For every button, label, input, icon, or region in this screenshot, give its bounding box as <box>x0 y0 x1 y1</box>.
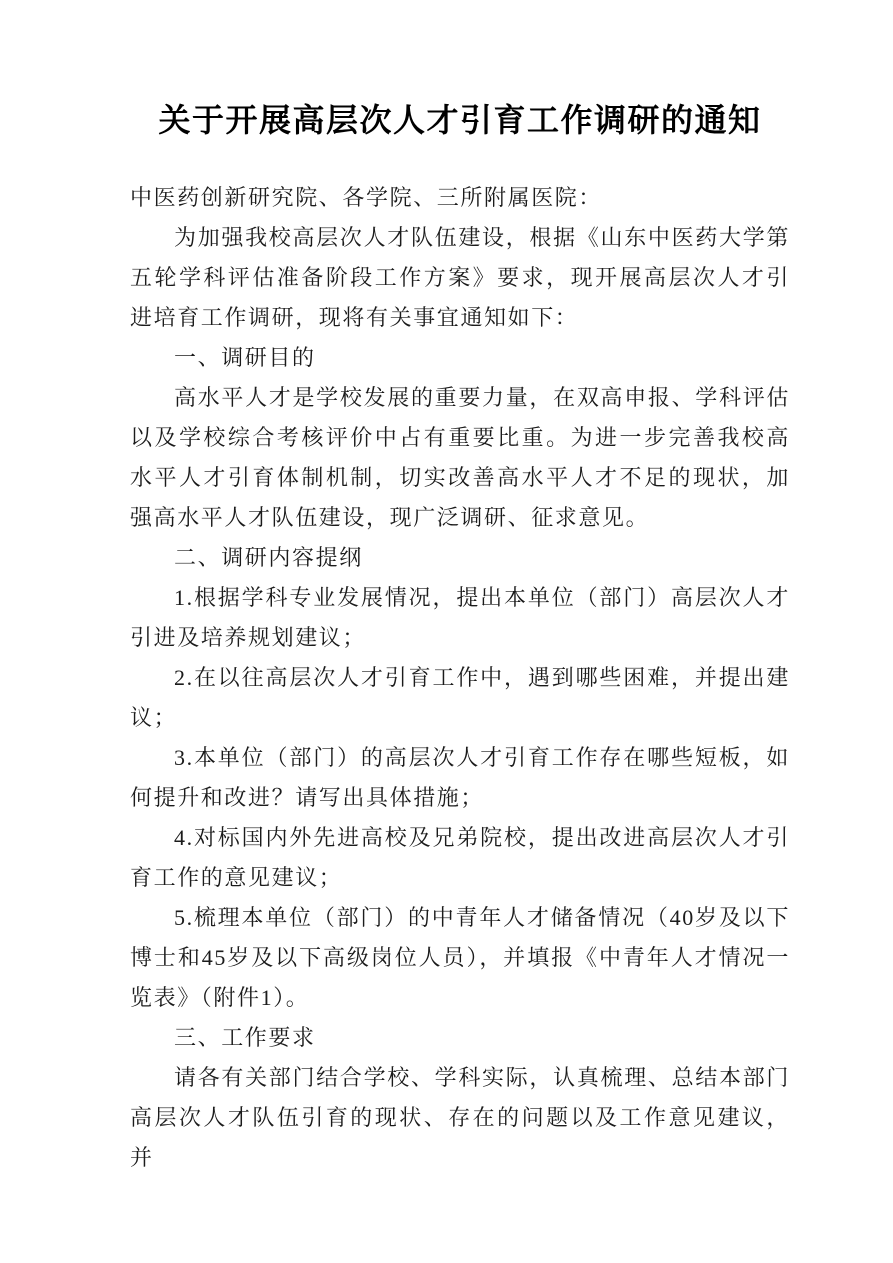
list-item-1: 1.根据学科专业发展情况，提出本单位（部门）高层次人才引进及培养规划建议； <box>130 578 790 658</box>
paragraph-purpose: 高水平人才是学校发展的重要力量，在双高申报、学科评估以及学校综合考核评价中占有重… <box>130 378 790 538</box>
list-item-3: 3.本单位（部门）的高层次人才引育工作存在哪些短板，如何提升和改进？请写出具体措… <box>130 738 790 818</box>
list-item-4: 4.对标国内外先进高校及兄弟院校，提出改进高层次人才引育工作的意见建议； <box>130 818 790 898</box>
document-page: 关于开展高层次人才引育工作调研的通知 中医药创新研究院、各学院、三所附属医院： … <box>0 0 893 1263</box>
document-content: 关于开展高层次人才引育工作调研的通知 中医药创新研究院、各学院、三所附属医院： … <box>130 96 790 1178</box>
list-item-5: 5.梳理本单位（部门）的中青年人才储备情况（40岁及以下博士和45岁及以下高级岗… <box>130 898 790 1018</box>
document-title: 关于开展高层次人才引育工作调研的通知 <box>130 96 790 144</box>
section-heading-2: 二、调研内容提纲 <box>130 538 790 578</box>
list-item-2: 2.在以往高层次人才引育工作中，遇到哪些困难，并提出建议； <box>130 658 790 738</box>
section-heading-3: 三、工作要求 <box>130 1018 790 1058</box>
section-heading-1: 一、调研目的 <box>130 338 790 378</box>
paragraph-requirements: 请各有关部门结合学校、学科实际，认真梳理、总结本部门高层次人才队伍引育的现状、存… <box>130 1058 790 1178</box>
paragraph-intro: 为加强我校高层次人才队伍建设，根据《山东中医药大学第五轮学科评估准备阶段工作方案… <box>130 218 790 338</box>
salutation: 中医药创新研究院、各学院、三所附属医院： <box>130 178 790 218</box>
